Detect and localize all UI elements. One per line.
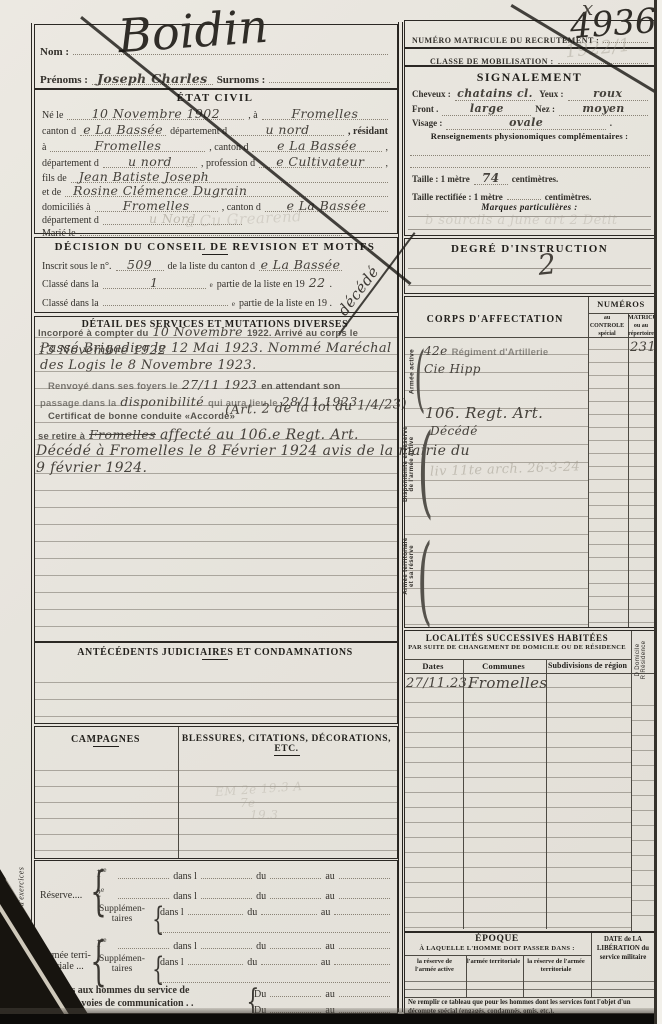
canton-label: canton d: [42, 126, 76, 137]
profession-field: e Cultivateur: [259, 155, 381, 168]
cheveux-value: chatains cl.: [457, 87, 533, 100]
classe1-dot: .: [330, 279, 333, 290]
corps-title: CORPS D'AFFECTATION: [410, 314, 580, 325]
field: [339, 886, 390, 899]
du-label: du: [247, 907, 257, 918]
canton-field: e La Bassée: [80, 123, 166, 136]
au-label: au: [321, 907, 330, 918]
departement-value: u nord: [266, 122, 310, 137]
father-label: fils de: [42, 173, 67, 184]
yeux-field: roux: [568, 88, 649, 101]
classe1-field: 1: [103, 276, 206, 289]
field: [160, 920, 390, 933]
supp-1a: Supplémen-: [99, 904, 145, 914]
page-bottom-shadow: [0, 1008, 662, 1014]
rule: [408, 229, 651, 230]
field: [270, 886, 321, 899]
ruled-lines: [35, 666, 397, 722]
disponibilite-hw: disponibilité: [120, 394, 204, 409]
born-at-label: , à: [248, 110, 257, 121]
du-label: du: [247, 957, 257, 968]
taille-line: Taille : 1 mètre 74 centimètres.: [412, 172, 602, 185]
field: [270, 866, 321, 879]
localites-divider-1: [463, 659, 465, 929]
dans-label: dans l: [173, 891, 197, 902]
visage-line: Visage : ovale .: [412, 117, 612, 130]
field: [118, 866, 169, 879]
reserve-supp-blank: [160, 920, 390, 933]
dans-label: dans l: [173, 871, 197, 882]
blessures-title: BLESSURES, CITATIONS, DÉCORATIONS, ETC.: [177, 734, 396, 756]
incorpore-date: 10 Novembre: [153, 324, 243, 339]
epoque-header-rule: [405, 955, 591, 957]
firstnames-line: Prénoms : Joseph Charles Surnoms :: [40, 70, 390, 86]
du-label: du: [256, 891, 266, 902]
register-page: Nom : Boidin Prénoms : Joseph Charles Su…: [0, 0, 662, 1024]
antecedents-title: ANTÉCÉDENTS JUDICIAIRES ET CONDAMNATIONS: [34, 647, 396, 660]
instruction-title: DEGRÉ D'INSTRUCTION: [404, 243, 655, 255]
profession-value: e Cultivateur: [276, 154, 364, 169]
date-row-rule-2: [591, 989, 656, 991]
corps-row-2b: Décédé: [430, 424, 478, 438]
field: [410, 155, 650, 168]
numeros-header: NUMÉROS: [588, 299, 654, 309]
etat-civil-title: ÉTAT CIVIL: [34, 92, 396, 104]
comma2: ,: [386, 158, 389, 169]
firstnames-label: Prénoms :: [40, 74, 88, 86]
ruled-lines: [631, 691, 656, 929]
inscription-line: Inscrit sous le n°. 509 de la liste du c…: [42, 258, 342, 272]
liste-canton-value: e La Bassée: [261, 257, 341, 272]
incorpore-stamp: Incorporé à compter du: [38, 328, 149, 339]
localites-title: LOCALITÉS SUCCESSIVES HABITÉES: [404, 633, 630, 643]
nez-value: moyen: [582, 102, 624, 115]
reserve-row1: dans l du au: [118, 866, 390, 882]
du-label: Du: [254, 989, 266, 1000]
terr-supp-row: dans l du au: [160, 952, 390, 968]
localites-row1-date: 27/11.23.: [406, 676, 472, 691]
name-label: Nom :: [40, 46, 69, 58]
field: [201, 866, 252, 879]
birth-line: Né le 10 Novembre 1902 , à Fromelles: [42, 107, 388, 121]
ruled-lines: [405, 673, 631, 929]
residence-canton-value: e La Bassée: [277, 138, 357, 153]
outer-left-rule: [31, 23, 33, 1011]
supp-2b: taires: [112, 964, 133, 974]
book-bottom-edge: [0, 1014, 662, 1024]
departement2-label: département d: [42, 158, 99, 169]
corps-divider-1: [588, 297, 590, 627]
subdivisions-col-header: Subdivisions de région: [545, 661, 630, 670]
inscription-number-field: 509: [116, 258, 164, 271]
residence-label: R Résidence: [641, 641, 647, 680]
father-line: fils de Jean Batiste Joseph: [42, 170, 388, 184]
rule: [408, 268, 651, 269]
campagnes-title: CAMPAGNES: [34, 734, 177, 747]
au-label: au: [325, 941, 334, 952]
classe1-year: 22: [309, 276, 326, 290]
field: [334, 902, 390, 915]
au-label: au: [325, 891, 334, 902]
service-line-7: se retire à Fromelles affecté au 106.e R…: [38, 426, 394, 444]
cheveux-label: Cheveux :: [412, 90, 451, 100]
taille-unit: centimètres.: [512, 175, 559, 185]
residence-canton-field: e La Bassée: [252, 139, 381, 152]
field: [339, 866, 390, 879]
classe1-suite: partie de la liste en 19: [217, 279, 305, 290]
birth-date-field: 10 Novembre 1902: [67, 107, 244, 120]
residence-value: Fromelles: [94, 138, 161, 153]
epoque-row-rule-1: [405, 981, 591, 983]
ord-2-sup: e: [101, 886, 104, 894]
profession-line: département d u nord , profession d e Cu…: [42, 155, 388, 169]
taille-field: 74: [474, 172, 508, 185]
corps-row-1: 42e Régiment d'Artillerie Cie Hipp: [424, 342, 584, 378]
visage-value: ovale: [509, 116, 543, 129]
mother-field: Rosine Clémence Dugrain: [65, 184, 388, 197]
visage-field: ovale: [446, 117, 605, 130]
comma: ,: [386, 142, 389, 153]
liste-canton-label: de la liste du canton d: [168, 261, 255, 272]
departement2-value: u nord: [128, 154, 172, 169]
field: [188, 952, 244, 965]
surname-handwritten: Boidin: [116, 0, 269, 63]
terr-label-2: et sa réserve: [409, 545, 415, 587]
taille-rect-field: [507, 187, 541, 200]
front-value: large: [470, 102, 504, 115]
field: [201, 886, 252, 899]
ruled-lines: [588, 337, 656, 625]
reserve-label: Réserve....: [40, 890, 82, 901]
dans-label: dans l: [160, 957, 184, 968]
classe2-field: [103, 293, 228, 306]
reserve-row2-ord: 2e: [96, 886, 104, 899]
field: [118, 936, 169, 949]
supp-1b: taires: [112, 914, 133, 924]
terr-supp-blank: [160, 970, 390, 983]
front-field: large: [442, 103, 531, 116]
mother-line: et de Rosine Clémence Dugrain: [42, 184, 388, 198]
classement2-line: Classé dans la e partie de la liste en 1…: [42, 293, 332, 309]
renseignements-label: Renseignements physionomiques complément…: [404, 131, 655, 141]
father-value: Jean Batiste Joseph: [79, 169, 209, 184]
localites-divider-3: [631, 631, 633, 931]
supplementaires-label-1: Supplémen-taires: [96, 904, 148, 924]
cheveux-line: Cheveux : chatains cl. Yeux : roux: [412, 88, 648, 101]
reserve-supp-row: dans l du au: [160, 902, 390, 918]
epoque-col2-header: l'armée territoriale: [466, 958, 521, 966]
nez-field: moyen: [559, 103, 648, 116]
signalement-title: SIGNALEMENT: [404, 70, 655, 85]
field: [270, 936, 321, 949]
controle-col-header: au CONTROLE spécial: [588, 315, 626, 338]
ruled-lines: [35, 755, 397, 857]
brace-decoration: (: [417, 524, 432, 636]
speciales-row1: Du au: [254, 984, 390, 1000]
field: [188, 902, 244, 915]
field: [270, 984, 321, 997]
birth-place-field: Fromelles: [262, 107, 388, 120]
domicile-residence-header: D DomicileR Résidence: [635, 631, 647, 689]
nez-label: Nez :: [535, 105, 555, 115]
supp-2a: Supplémen-: [99, 954, 145, 964]
liberation-date-header: DATE de LA LIBÉRATION du service militai…: [593, 936, 653, 962]
rule: [408, 285, 651, 286]
field: [160, 970, 390, 983]
classe1-value: 1: [150, 275, 158, 290]
classe1-sup: e: [210, 282, 213, 290]
service-line-4: Renvoyé dans ses foyers le 27/11 1923 en…: [48, 376, 394, 394]
localites-divider-2: [546, 659, 548, 929]
residence-line: à Fromelles , canton d e La Bassée ,: [42, 139, 388, 153]
service-line-2: Passé Brigadier le 12 Mai 1923. Nommé Ma…: [40, 341, 392, 356]
scan-right-margin: [657, 0, 662, 1024]
field: [339, 984, 390, 997]
father-field: Jean Batiste Joseph: [71, 170, 388, 183]
field: [118, 886, 169, 899]
epoque-title: ÉPOQUE: [404, 934, 590, 944]
visage-label: Visage :: [412, 119, 442, 129]
corps-divider-2: [628, 313, 630, 627]
liste-canton-field: e La Bassée: [259, 258, 342, 271]
departement-field: u nord: [231, 123, 344, 136]
marques-label: Marques particulières :: [404, 202, 655, 212]
residence-at-label: à: [42, 142, 46, 153]
epoque-subtitle: À LAQUELLE L'HOMME DOIT PASSER DANS :: [404, 945, 590, 952]
rens-blank-2: [410, 155, 650, 168]
classement1-line: Classé dans la 1 e partie de la liste en…: [42, 276, 332, 290]
epoque-col3-header: la réserve de l'armée territoriale: [524, 958, 588, 975]
campagnes-pencil-3: 19.3: [250, 808, 278, 822]
du-label: du: [256, 941, 266, 952]
regiment-suffix-hw: Cie Hipp: [424, 362, 481, 376]
epoque-col1-header: la réserve de l'armée active: [406, 958, 463, 975]
x-mark-annotation: x: [582, 0, 594, 20]
au-label: au: [321, 957, 330, 968]
decision-title: DÉCISION DU CONSEIL DE REVISION ET MOTIF…: [34, 241, 396, 255]
born-label: Né le: [42, 110, 63, 121]
date-row-rule-1: [591, 981, 656, 983]
taille-rect-line: Taille rectifiée : 1 mètre centimètres.: [412, 187, 617, 203]
dot: .: [610, 119, 612, 129]
cheveux-field: chatains cl.: [455, 88, 536, 101]
yeux-value: roux: [593, 87, 622, 100]
canton-value: e La Bassée: [83, 122, 163, 137]
renvoye-stamp: Renvoyé dans ses foyers le: [48, 381, 178, 392]
yeux-label: Yeux :: [539, 90, 563, 100]
classe2-sup: e: [232, 301, 235, 309]
dans-label: dans l: [160, 907, 184, 918]
nicknames-field: [269, 70, 390, 83]
retire-place-struck: Fromelles: [89, 427, 156, 442]
front-line: Front . large Nez : moyen: [412, 103, 648, 116]
se-retire-stamp: se retire à: [38, 431, 85, 442]
residant-label: , résidant: [348, 126, 388, 137]
localites-row1-commune: Fromelles: [468, 674, 547, 692]
dates-col-header: Dates: [404, 661, 462, 671]
epoque-row-rule-2: [405, 989, 591, 991]
localites-subtitle: PAR SUITE DE CHANGEMENT DE DOMICILE OU D…: [404, 644, 630, 651]
passage-stamp: passage dans la: [40, 398, 116, 409]
matricule-col-header: MATRICULE ou au répertoire: [628, 315, 654, 338]
field: [339, 936, 390, 949]
arrive-stamp: 1922. Arrivé au corps le: [247, 328, 358, 339]
corps-row-2: 106. Regt. Art.: [425, 404, 543, 422]
certificat-stamp: Certificat de bonne conduite «Accordé»: [48, 411, 235, 422]
front-label: Front .: [412, 105, 438, 115]
nicknames-label: Surnoms :: [217, 74, 266, 86]
au-label: au: [325, 871, 334, 882]
dans-label: dans l: [173, 941, 197, 952]
du-label: du: [256, 871, 266, 882]
inscription-label: Inscrit sous le n°.: [42, 261, 112, 272]
affecte-hw: affecté au 106.e Regt. Art.: [160, 427, 359, 443]
instruction-value: 2: [536, 247, 558, 282]
service-line-3: des Logis le 8 Novembre 1923.: [40, 358, 257, 373]
supplementaires-label-2: Supplémen-taires: [96, 954, 148, 974]
field: [201, 936, 252, 949]
renvoye-year: 1923: [224, 377, 257, 392]
communes-col-header: Communes: [462, 661, 545, 671]
renvoye-date: 27/11: [182, 377, 220, 392]
residence-field: Fromelles: [50, 139, 205, 152]
field: [334, 952, 390, 965]
inscription-number: 509: [127, 257, 152, 272]
taille-label: Taille : 1 mètre: [412, 175, 470, 185]
field: [261, 902, 317, 915]
mother-value: Rosine Clémence Dugrain: [73, 183, 247, 198]
classe2-label: Classé dans la: [42, 298, 99, 309]
classe2-suite: partie de la liste en 19 .: [239, 298, 332, 309]
field: [261, 952, 317, 965]
profession-label: , profession d: [201, 158, 255, 169]
attendant-stamp: en attendant son: [261, 381, 340, 392]
regiment-number-hw: 42e: [424, 344, 448, 358]
regiment-stamp: Régiment d'Artillerie: [452, 347, 549, 358]
marques-pencil-annotation: b sourcils a june art 2 Detit: [425, 213, 617, 228]
service-line-9: 9 février 1924.: [36, 460, 147, 476]
classe1-label: Classé dans la: [42, 279, 99, 290]
disponibilite-side-label: Disponibilité et réservede l'armée activ…: [403, 408, 415, 520]
mother-label: et de: [42, 187, 61, 198]
dispo-label-2: de l'armée active: [409, 437, 415, 492]
birth-place-value: Fromelles: [291, 106, 358, 121]
departement2-field: u nord: [103, 155, 197, 168]
territoriale-side-label: Armée territorialeet sa réserve: [403, 520, 415, 612]
au-label: au: [325, 989, 334, 1000]
taille-value: 74: [482, 171, 500, 185]
